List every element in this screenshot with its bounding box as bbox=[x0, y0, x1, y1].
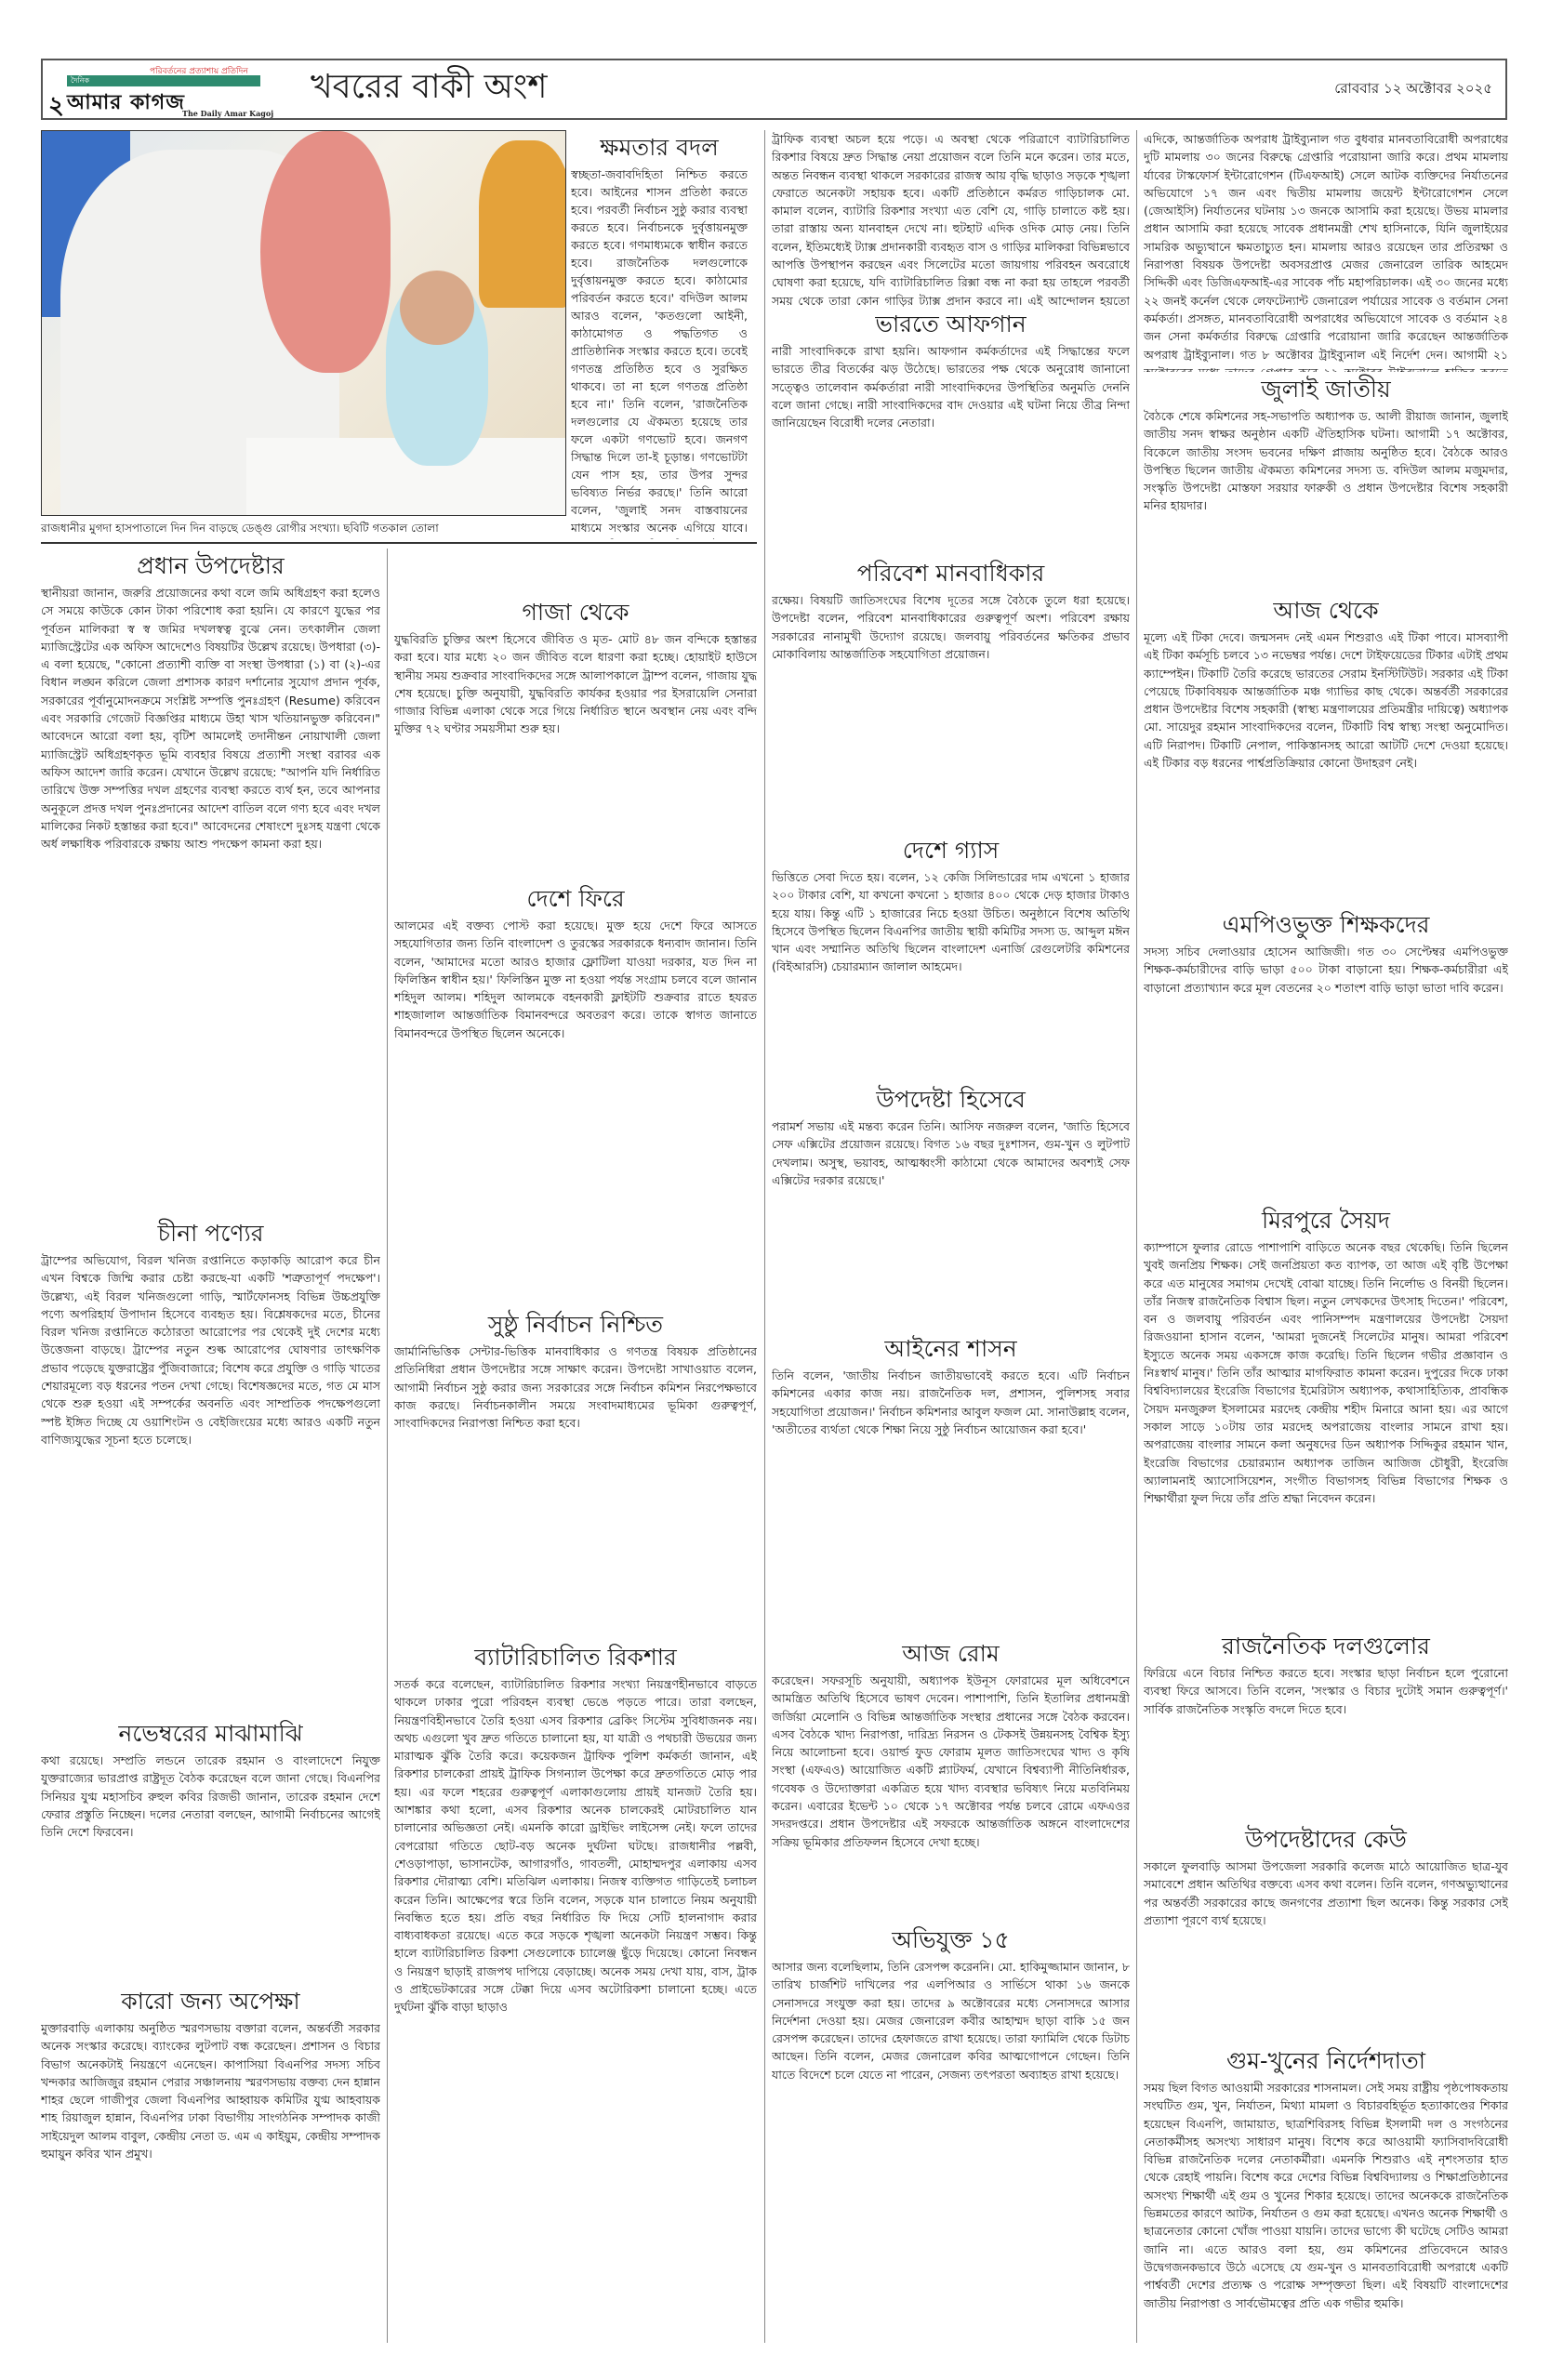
article-body: স্থানীয়রা জানান, জরুরি প্রয়োজনের কথা ব… bbox=[41, 584, 380, 1216]
article-body: সতর্ক করে বলেছেন, ব্যাটারিচালিত রিকশার স… bbox=[394, 1675, 757, 2016]
column-3: ট্রাফিক ব্যবস্থা অচল হয়ে পড়ে। এ অবস্থা… bbox=[772, 130, 1130, 2361]
article-heading: আজ থেকে bbox=[1144, 595, 1508, 627]
article-heading: জুলাই জাতীয় bbox=[1144, 374, 1508, 405]
article-body: ভিত্তিতে সেবা দিতে হয়। বলেন, ১২ কেজি সি… bbox=[772, 868, 1130, 1082]
article-body: বৈঠকে শেষে কমিশনের সহ-সভাপতি অধ্যাপক ড. … bbox=[1144, 407, 1508, 593]
page-number: ২ bbox=[48, 86, 64, 127]
article-body: জার্মানিভিত্তিক সেন্টার-ভিত্তিক মানবাধিক… bbox=[394, 1342, 757, 1640]
article-heading: দেশে গ্যাস bbox=[772, 835, 1130, 866]
article-body: কথা রয়েছে। সম্প্রতি লন্ডনে তারেক রহমান … bbox=[41, 1752, 380, 1984]
article-heading: ক্ষমতার বদল bbox=[571, 132, 748, 164]
article-body: ফিরিয়ে এনে বিচার নিশ্চিত করতে হবে। সংস্… bbox=[1144, 1664, 1508, 1822]
article-body: মুক্তারবাড়ি এলাকায় অনুষ্ঠিত স্মরণসভায়… bbox=[41, 2019, 380, 2162]
article-body: এদিকে, আন্তর্জাতিক অপরাধ ট্রাইব্যুনাল গত… bbox=[1144, 130, 1508, 372]
photo-caption: রাজধানীর মুগদা হাসপাতালে দিন দিন বাড়ছে … bbox=[41, 521, 566, 539]
newspaper-logo: ২ পরিবর্তনের প্রত্যাশায় প্রতিদিন দৈনিক … bbox=[43, 60, 294, 118]
article-heading: ভারতে আফগান bbox=[772, 309, 1130, 340]
article-body: যুদ্ধবিরতি চুক্তির অংশ হিসেবে জীবিত ও মৃ… bbox=[394, 630, 757, 881]
article-heading: মিরপুরে সৈয়দ bbox=[1144, 1205, 1508, 1236]
column-1: প্রধান উপদেষ্টার স্থানীয়রা জানান, জরুরি… bbox=[41, 549, 380, 2371]
article-body: মূল্যে এই টিকা দেবে। জন্মসনদ নেই এমন শিশ… bbox=[1144, 628, 1508, 907]
article-body: সদস্য সচিব দেলাওয়ার হোসেন আজিজী। গত ৩০ … bbox=[1144, 943, 1508, 1203]
article-heading: পরিবেশ মানবাধিকার bbox=[772, 558, 1130, 589]
divider bbox=[41, 542, 757, 544]
article-heading: রাজনৈতিক দলগুলোর bbox=[1144, 1631, 1508, 1662]
section-title: খবরের বাকী অংশ bbox=[294, 60, 1226, 118]
article-heading: প্রধান উপদেষ্টার bbox=[41, 550, 380, 582]
article-heading: গুম-খুনের নির্দেশদাতা bbox=[1144, 2045, 1508, 2077]
article-heading: সুষ্ঠু নির্বাচন নিশ্চিত bbox=[394, 1309, 757, 1341]
article-body: আলমের এই বক্তব্য পোস্ট করা হয়েছে। মুক্ত… bbox=[394, 917, 757, 1307]
article-body: স্বচ্ছতা-জবাবদিহিতা নিশ্চিত করতে হবে। আই… bbox=[571, 165, 748, 539]
lead-photo bbox=[41, 130, 566, 516]
article-body: সকালে ফুলবাড়ি আসমা উপজেলা সরকারি কলেজ ম… bbox=[1144, 1858, 1508, 2043]
article-heading: চীনা পণ্যের bbox=[41, 1218, 380, 1249]
article-body: আসার জন্য বলেছিলাম, তিনি রেসপন্স করেননি।… bbox=[772, 1958, 1130, 2083]
article-heading: উপদেষ্টা হিসেবে bbox=[772, 1084, 1130, 1116]
issue-date: রোববার ১২ অক্টোবর ২০২৫ bbox=[1226, 60, 1505, 118]
article-heading: অভিযুক্ত ১৫ bbox=[772, 1924, 1130, 1956]
column-4: এদিকে, আন্তর্জাতিক অপরাধ ট্রাইব্যুনাল গত… bbox=[1144, 130, 1508, 2361]
article-heading: আইনের শাসন bbox=[772, 1333, 1130, 1365]
article-body: ট্রাম্পের অভিযোগ, বিরল খনিজ রপ্তানিতে কড… bbox=[41, 1251, 380, 1716]
logo-strip: দৈনিক bbox=[67, 75, 260, 86]
article-heading: গাজা থেকে bbox=[394, 597, 757, 628]
article-body: তিনি বলেন, 'জাতীয় নির্বাচন জাতীয়ভাবেই … bbox=[772, 1367, 1130, 1636]
article-heading: কারো জন্য অপেক্ষা bbox=[41, 1986, 380, 2017]
article-body: সময় ছিল বিগত আওয়ামী সরকারের শাসনামল। স… bbox=[1144, 2079, 1508, 2312]
article-heading: উপদেষ্টাদের কেউ bbox=[1144, 1824, 1508, 1856]
column-2: গাজা থেকে যুদ্ধবিরতি চুক্তির অংশ হিসেবে … bbox=[394, 595, 757, 2361]
article-body: পরামর্শ সভায় এই মন্তব্য করেন তিনি। আসিফ… bbox=[772, 1117, 1130, 1331]
article-heading: দেশে ফিরে bbox=[394, 883, 757, 915]
logo-name-bn: আমার কাগজ bbox=[67, 86, 185, 121]
article-body: ক্যাম্পাসে ফুলার রোডে পাশাপাশি বাড়িতে অ… bbox=[1144, 1238, 1508, 1629]
article-heading: আজ রোম bbox=[772, 1638, 1130, 1670]
article-body: রক্ষেয়। বিষয়টি জাতিসংঘের বিশেষ দূতের স… bbox=[772, 591, 1130, 833]
article-khomotar-bodol: ক্ষমতার বদল স্বচ্ছতা-জবাবদিহিতা নিশ্চিত … bbox=[571, 130, 748, 539]
article-body: নারী সাংবাদিককে রাখা হয়নি। আফগান কর্মকর… bbox=[772, 342, 1130, 556]
masthead: ২ পরিবর্তনের প্রত্যাশায় প্রতিদিন দৈনিক … bbox=[41, 59, 1507, 120]
logo-name-en: The Daily Amar Kagoj bbox=[182, 109, 273, 118]
article-heading: এমপিওভুক্ত শিক্ষকদের bbox=[1144, 909, 1508, 941]
article-body: করেছেন। সফরসূচি অনুযায়ী, অধ্যাপক ইউনূস … bbox=[772, 1672, 1130, 1923]
article-heading: নভেম্বরের মাঝামাঝি bbox=[41, 1718, 380, 1750]
article-heading: ব্যাটারিচালিত রিকশার bbox=[394, 1642, 757, 1673]
article-body: ট্রাফিক ব্যবস্থা অচল হয়ে পড়ে। এ অবস্থা… bbox=[772, 130, 1130, 307]
